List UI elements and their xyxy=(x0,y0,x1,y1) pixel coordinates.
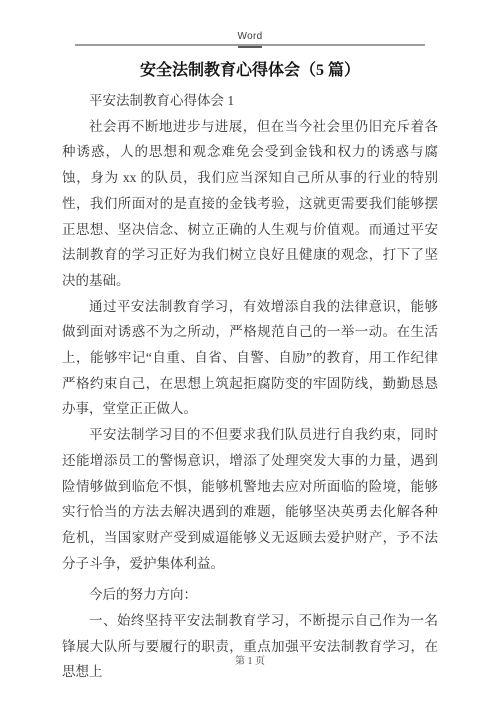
paragraph: 通过平安法制教育学习，有效增添自我的法律意识，能够做到面对诱惑不为之所动，严格规… xyxy=(62,294,438,423)
paragraph: 平安法制学习目的不但要求我们队员进行自我约束，同时还能增添员工的警惕意识，增添了… xyxy=(62,422,438,576)
paragraph-subtitle: 平安法制教育心得体会 1 xyxy=(62,88,438,114)
page-number: 第 1 页 xyxy=(235,656,265,667)
paragraph: 社会再不断地进步与进展，但在当今社会里仍旧充斥着各种诱惑，人的思想和观念难免会受… xyxy=(62,114,438,294)
header-divider-tick xyxy=(238,46,262,48)
document-body: 平安法制教育心得体会 1 社会再不断地进步与进展，但在当今社会里仍旧充斥着各种诱… xyxy=(62,88,438,685)
paragraph: 今后的努力方向： xyxy=(62,582,438,608)
page-footer: 第 1 页 xyxy=(0,652,500,667)
header-app-label: Word xyxy=(0,31,500,42)
paragraph: 一、始终坚持平安法制教育学习，不断提示自己作为一名锋展大队所与要履行的职责，重点… xyxy=(62,608,438,685)
word-document-page: Word 安全法制教育心得体会（5 篇） 平安法制教育心得体会 1 社会再不断地… xyxy=(0,0,500,707)
document-title: 安全法制教育心得体会（5 篇） xyxy=(40,60,460,82)
page-header: Word xyxy=(0,0,500,48)
